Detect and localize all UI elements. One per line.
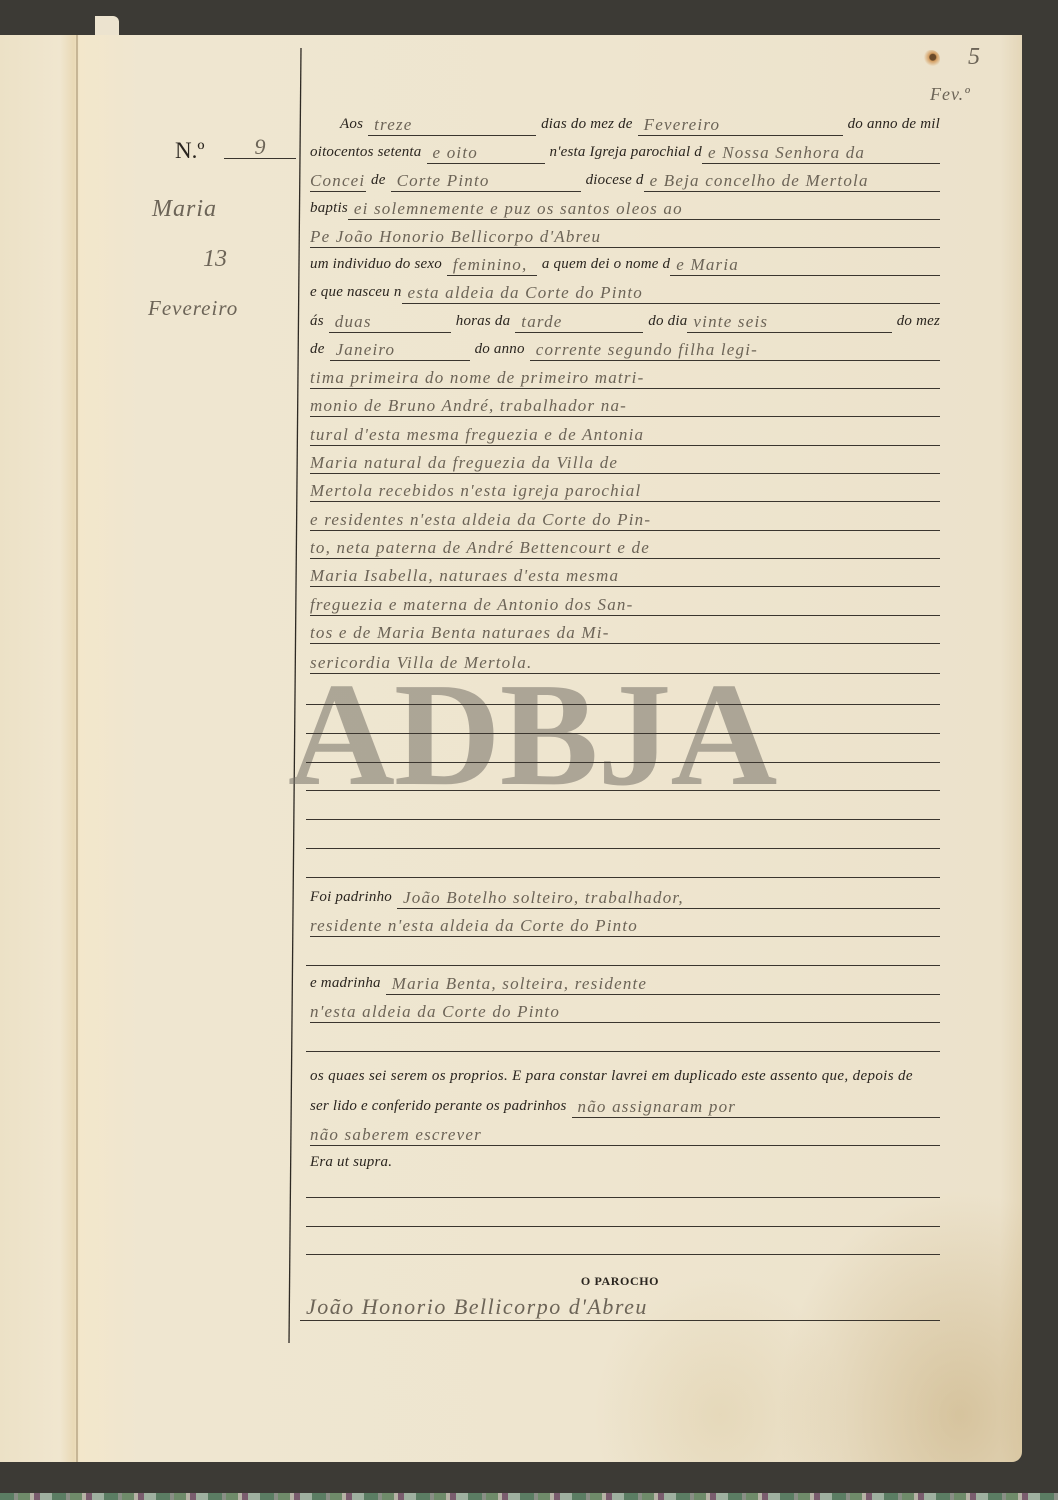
record-line-18: freguezia e materna de Antonio dos San-	[310, 594, 940, 616]
printed-text: baptis	[310, 199, 348, 220]
blank-rule	[306, 790, 940, 791]
handwritten-text: corrente segundo filha legi-	[530, 340, 940, 361]
printed-text: dias do mez de	[536, 115, 638, 136]
handwritten-text: monio de Bruno André, trabalhador na-	[310, 396, 940, 417]
blank-rule	[306, 704, 940, 705]
handwritten-year: e oito	[427, 143, 545, 164]
handwritten-text: ei solemnemente e puz os santos oleos ao	[348, 199, 940, 220]
printed-text: n'esta Igreja parochial d	[545, 143, 703, 164]
printed-text: e que nasceu n	[310, 283, 402, 304]
record-line-6: um individuo do sexo feminino, a quem de…	[310, 254, 940, 276]
printed-text: de	[366, 171, 391, 192]
record-line-13: Maria natural da freguezia da Villa de	[310, 452, 940, 474]
record-line-11: monio de Bruno André, trabalhador na-	[310, 395, 940, 417]
parocho-heading: O PAROCHO	[540, 1274, 700, 1289]
handwritten-text: to, neta paterna de André Bettencourt e …	[310, 538, 940, 559]
record-line-19: tos e de Maria Benta naturaes da Mi-	[310, 622, 940, 644]
handwritten-birth-month: Janeiro	[330, 340, 470, 361]
handwritten-padrinho: João Botelho solteiro, trabalhador,	[397, 888, 940, 909]
record-number-value: 9	[224, 136, 296, 159]
handwritten-diocese: e Beja concelho de Mertola	[644, 171, 940, 192]
blank-rule	[306, 965, 940, 966]
padrinho-line-1: Foi padrinho João Botelho solteiro, trab…	[310, 887, 940, 909]
handwritten-text: tural d'esta mesma freguezia e de Antoni…	[310, 425, 940, 446]
record-line-16: to, neta paterna de André Bettencourt e …	[310, 537, 940, 559]
record-line-8: ás duas horas da tarde do dia vinte seis…	[310, 311, 940, 333]
handwritten-period: tarde	[515, 312, 643, 333]
closing-statement-line: os quaes sei serem os proprios. E para c…	[310, 1066, 950, 1088]
handwritten-text: Maria natural da freguezia da Villa de	[310, 453, 940, 474]
handwritten-name: e Maria	[670, 255, 940, 276]
margin-name: Maria	[152, 196, 217, 223]
record-line-15: e residentes n'esta aldeia da Corte do P…	[310, 509, 940, 531]
closing-statement: os quaes sei serem os proprios. E para c…	[310, 1067, 918, 1088]
printed-text: do anno de mil	[843, 115, 940, 136]
margin-day: 13	[203, 246, 227, 273]
handwritten-text: e residentes n'esta aldeia da Corte do P…	[310, 510, 940, 531]
handwritten-madrinha: n'esta aldeia da Corte do Pinto	[310, 1002, 940, 1023]
handwritten-padrinho: residente n'esta aldeia da Corte do Pint…	[310, 916, 940, 937]
blank-rule	[306, 733, 940, 734]
handwritten-priest: Pe João Honorio Bellicorpo d'Abreu	[310, 227, 940, 248]
handwritten-text: Maria Isabella, naturaes d'esta mesma	[310, 566, 940, 587]
record-line-7: e que nasceu n esta aldeia da Corte do P…	[310, 282, 940, 304]
printed-text: um individuo do sexo	[310, 255, 447, 276]
handwritten-locality: Corte Pinto	[391, 171, 581, 192]
handwritten-sex: feminino,	[447, 255, 537, 276]
handwritten-day: treze	[368, 115, 536, 136]
printed-text: a quem dei o nome d	[537, 255, 670, 276]
printed-text: do anno	[470, 340, 530, 361]
printed-text: ás	[310, 312, 329, 333]
handwritten-month: Fevereiro	[638, 115, 843, 136]
handwritten-madrinha: Maria Benta, solteira, residente	[386, 974, 940, 995]
madrinha-line-1: e madrinha Maria Benta, solteira, reside…	[310, 973, 940, 995]
blank-rule	[306, 1197, 940, 1198]
printed-text: do mez	[892, 312, 940, 333]
margin-month: Fevereiro	[148, 296, 238, 321]
printed-text: Aos	[340, 115, 368, 136]
watermark: ADBJA	[288, 660, 776, 810]
blank-rule	[306, 877, 940, 878]
folio-note: Fev.º	[930, 84, 971, 105]
era-line: Era ut supra.	[310, 1152, 940, 1174]
blank-rule	[306, 819, 940, 820]
record-line-3: Conceição de Corte Pinto diocese d e Bej…	[310, 170, 940, 192]
handwritten-text: freguezia e materna de Antonio dos San-	[310, 595, 940, 616]
handwritten-parish-cont: Conceição	[310, 171, 366, 192]
era-ut-supra: Era ut supra.	[310, 1153, 397, 1174]
folio-number: 5	[968, 44, 980, 71]
blank-rule	[306, 762, 940, 763]
printed-text: diocese d	[581, 171, 644, 192]
handwritten-signing-note: não assignaram por	[572, 1097, 940, 1118]
record-line-2: oitocentos setenta e oito n'esta Igreja …	[310, 142, 940, 164]
record-line-1: Aos treze dias do mez de Fevereiro do an…	[340, 114, 940, 136]
blank-rule	[306, 1051, 940, 1052]
handwritten-text: Mertola recebidos n'esta igreja parochia…	[310, 481, 940, 502]
printed-text: do dia	[643, 312, 687, 333]
record-line-4: baptis ei solemnemente e puz os santos o…	[310, 198, 940, 220]
handwritten-text: tima primeira do nome de primeiro matri-	[310, 368, 940, 389]
closing-read-line-2: não saberem escrever	[310, 1124, 940, 1146]
record-line-20: sericordia Villa de Mertola.	[310, 652, 940, 674]
priest-signature: João Honorio Bellicorpo d'Abreu	[300, 1294, 940, 1321]
blank-rule	[306, 1226, 940, 1227]
handwritten-birth-day: vinte seis	[687, 312, 891, 333]
handwritten-birthplace: esta aldeia da Corte do Pinto	[402, 283, 940, 304]
record-line-5: Pe João Honorio Bellicorpo d'Abreu	[310, 226, 940, 248]
padrinho-label: Foi padrinho	[310, 888, 397, 909]
record-line-10: tima primeira do nome de primeiro matri-	[310, 367, 940, 389]
closing-read-line-1: ser lido e conferido perante os padrinho…	[310, 1096, 940, 1118]
read-label: ser lido e conferido perante os padrinho…	[310, 1097, 572, 1118]
handwritten-text: sericordia Villa de Mertola.	[310, 653, 940, 674]
padrinho-line-2: residente n'esta aldeia da Corte do Pint…	[310, 915, 940, 937]
printed-text: oitocentos setenta	[310, 143, 427, 164]
printed-text: de	[310, 340, 330, 361]
madrinha-label: e madrinha	[310, 974, 386, 995]
madrinha-line-2: n'esta aldeia da Corte do Pinto	[310, 1001, 940, 1023]
handwritten-parish: e Nossa Senhora da	[702, 143, 940, 164]
handwritten-hour: duas	[329, 312, 451, 333]
record-number-label: N.º	[175, 138, 205, 164]
record-line-14: Mertola recebidos n'esta igreja parochia…	[310, 480, 940, 502]
printed-text: horas da	[451, 312, 516, 333]
handwritten-signing-note: não saberem escrever	[310, 1125, 940, 1146]
blank-rule	[306, 848, 940, 849]
record-line-9: de Janeiro do anno corrente segundo filh…	[310, 339, 940, 361]
record-line-17: Maria Isabella, naturaes d'esta mesma	[310, 565, 940, 587]
handwritten-text: tos e de Maria Benta naturaes da Mi-	[310, 623, 940, 644]
blank-rule	[306, 1254, 940, 1255]
record-line-12: tural d'esta mesma freguezia e de Antoni…	[310, 424, 940, 446]
